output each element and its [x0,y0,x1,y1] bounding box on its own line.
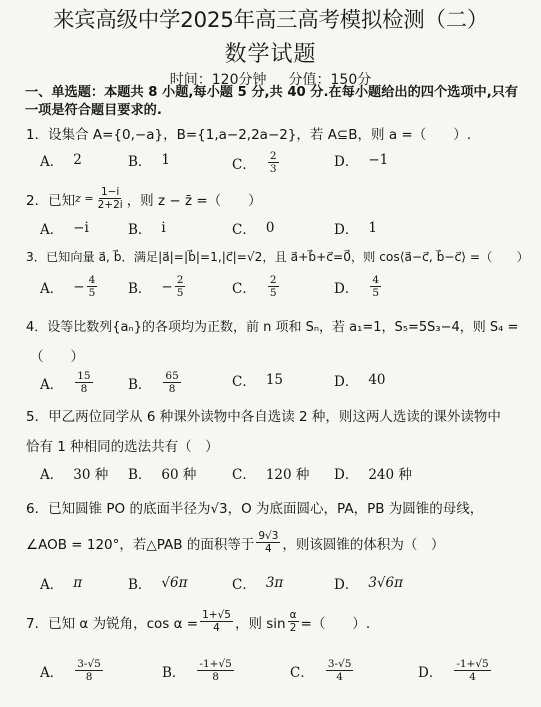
option-b: B．60 种 [128,463,196,483]
option-c: C．120 种 [232,463,309,483]
option-b: B．√6π [128,573,188,593]
numerator: 1+√5 [200,609,233,622]
question-7-options: A．3-√58 B．-1+√58 C．3-√54 D．-1+√54 [0,658,541,688]
denominator: 8 [79,383,90,395]
option-label: B． [128,573,151,593]
question-text: 已知向量 a⃗, b⃗．满足|a⃗|=|b⃗|=1,|c⃗|=√2，且 a⃗+b… [46,250,529,264]
question-text: ∠AOB = 120°，若△PAB 的面积等于 [26,533,254,553]
fraction: 25 [268,274,279,299]
fraction: 45 [87,274,98,299]
option-b: B．-1+√58 [162,658,236,683]
question-text: =（ ）. [301,612,371,632]
option-label: A． [40,463,63,483]
option-c: C．3-√54 [290,658,355,683]
option-label: A． [40,277,63,297]
option-label: D． [334,370,358,390]
fraction: 658 [163,370,180,395]
numerator: 3-√5 [75,658,103,671]
option-label: C． [232,153,256,173]
fraction: 1−i2+2i [96,186,125,211]
option-a: A．30 种 [40,463,108,483]
option-label: D． [334,573,358,593]
numerator: 4 [87,274,98,287]
option-b: B．1 [128,150,170,170]
option-value: 1 [368,220,377,236]
option-label: B． [128,373,151,393]
option-label: B． [162,661,185,681]
option-a: A．π [40,573,82,593]
question-text: ，则 z − z̄ =（ ） [127,189,262,209]
denominator: 2+2i [96,199,125,211]
option-d: D．240 种 [334,463,412,483]
question-5-stem: 5．甲乙两位同学从 6 种课外读物中各自选读 2 种，则这两人选读的课外读物中 [26,405,501,425]
question-text: 已知 [48,189,75,209]
numerator: -1+√5 [454,658,490,671]
denominator: 8 [84,671,95,683]
section-heading: 一、单选题：本题共 8 小题,每小题 5 分,共 40 分.在每小题给出的四个选… [25,84,525,120]
question-text: 甲乙两位同学从 6 种课外读物中各自选读 2 种，则这两人选读的课外读物中 [48,409,501,425]
option-label: D． [334,218,358,238]
question-text: ，则 sin [235,612,286,632]
option-c: C．3π [232,573,283,593]
fraction: 3-√54 [326,658,354,683]
option-value: 30 种 [73,463,108,483]
question-5-stem-line2: 恰有 1 种相同的选法共有（ ） [26,435,219,455]
option-label: B． [128,218,151,238]
option-value: −1 [368,152,388,168]
question-5-options: A．30 种 B．60 种 C．120 种 D．240 种 [0,463,541,493]
numerator: 15 [75,370,92,383]
option-label: C． [290,661,314,681]
option-b: B．658 [128,370,183,395]
option-value: 120 种 [266,463,310,483]
denominator: 4 [467,671,478,683]
question-4-options: A．158 B．658 C．15 D．40 [0,370,541,400]
fraction: 25 [175,274,186,299]
question-number: 6． [26,501,48,517]
question-text: 已知 α 为锐角，cos α = [48,612,198,632]
option-label: C． [232,573,256,593]
denominator: 8 [167,383,178,395]
option-c: C．15 [232,370,283,390]
question-4-stem-line2: （ ） [30,345,84,365]
numerator: -1+√5 [197,658,233,671]
numerator: 2 [268,150,279,163]
option-label: D． [334,150,358,170]
question-text: 设等比数列{aₙ}的各项均为正数，前 n 项和 Sₙ，若 a₁=1，S₅=5S₃… [47,320,518,335]
option-c: C．23 [232,150,281,175]
denominator: 4 [211,622,222,634]
question-1-options: A．2 B．1 C．23 D．−1 [0,150,541,180]
option-d: D．1 [334,218,377,238]
option-a: A．2 [40,150,82,170]
numerator: 1−i [99,186,121,199]
option-label: A． [40,218,63,238]
option-value: 3√6π [368,575,403,591]
question-text: ，则该圆锥的体积为（ ） [282,533,444,553]
option-d: D．45 [334,274,383,299]
fraction: 23 [268,150,279,175]
fraction: α2 [288,609,299,634]
question-text: 设集合 A={0,−a}，B={1,a−2,2a−2}，若 A⊆B，则 a =（… [48,127,471,143]
sign: − [161,279,172,295]
fraction: 45 [370,274,381,299]
denominator: 5 [268,287,279,299]
fraction: 1+√54 [200,609,233,634]
option-c: C．0 [232,218,274,238]
option-value: 60 种 [161,463,196,483]
option-value: 240 种 [368,463,412,483]
exam-page: 来宾高级中学2025年高三高考模拟检测（二） 数学试题 时间：120分钟分值：1… [0,0,541,707]
question-6-stem-line2: ∠AOB = 120°，若△PAB 的面积等于9√34，则该圆锥的体积为（ ） [26,530,444,555]
sign: − [73,279,84,295]
fraction: -1+√54 [454,658,490,683]
exam-subtitle: 数学试题 [0,37,541,68]
fraction: 9√34 [256,530,280,555]
option-a: A．−i [40,218,89,238]
denominator: 8 [210,671,221,683]
question-3-stem: 3．已知向量 a⃗, b⃗．满足|a⃗|=|b⃗|=1,|c⃗|=√2，且 a⃗… [26,248,529,265]
question-number: 2． [26,189,48,209]
exam-title: 来宾高级中学2025年高三高考模拟检测（二） [0,3,541,34]
option-label: A． [40,573,63,593]
option-value: 40 [368,372,385,388]
option-value: π [73,575,82,591]
numerator: 4 [370,274,381,287]
question-number: 3． [26,250,46,264]
option-d: D．-1+√54 [418,658,493,683]
option-value: i [161,220,165,236]
question-6-options: A．π B．√6π C．3π D．3√6π [0,573,541,603]
question-7-stem: 7．已知 α 为锐角，cos α =1+√54，则 sinα2=（ ）. [26,609,370,634]
option-value: √6π [161,575,187,591]
question-number: 5． [26,409,48,425]
denominator: 5 [370,287,381,299]
question-2-stem: 2．已知z =1−i2+2i，则 z − z̄ =（ ） [26,186,262,211]
option-label: D． [418,661,442,681]
question-number: 1． [26,127,48,143]
option-value: 1 [161,152,170,168]
option-value: 15 [266,372,283,388]
option-a: A．−45 [40,274,99,299]
option-d: D．3√6π [334,573,403,593]
option-label: A． [40,373,63,393]
option-value: 0 [266,220,275,236]
question-text: 已知圆锥 PO 的底面半径为√3，O 为底面圆心，PA，PB 为圆锥的母线， [48,501,483,517]
option-label: C． [232,218,256,238]
numerator: 65 [163,370,180,383]
option-label: C． [232,370,256,390]
option-c: C．25 [232,274,281,299]
denominator: 5 [87,287,98,299]
fraction: -1+√58 [197,658,233,683]
option-label: B． [128,463,151,483]
numerator: 2 [175,274,186,287]
option-value: 2 [73,152,82,168]
option-b: B．−25 [128,274,187,299]
option-label: D． [334,277,358,297]
question-6-stem: 6．已知圆锥 PO 的底面半径为√3，O 为底面圆心，PA，PB 为圆锥的母线， [26,497,483,517]
math-var: z = [75,192,94,205]
option-label: C． [232,277,256,297]
option-value: 3π [266,575,283,591]
denominator: 5 [175,287,186,299]
option-label: A． [40,661,63,681]
fraction: 3-√58 [75,658,103,683]
question-4-stem: 4．设等比数列{aₙ}的各项均为正数，前 n 项和 Sₙ，若 a₁=1，S₅=5… [26,316,518,335]
denominator: 2 [288,622,299,634]
question-number: 4． [26,320,47,335]
question-number: 7． [26,612,48,632]
question-1-stem: 1．设集合 A={0,−a}，B={1,a−2,2a−2}，若 A⊆B，则 a … [26,123,471,143]
option-value: −i [73,220,89,236]
numerator: 2 [268,274,279,287]
option-b: B．i [128,218,166,238]
numerator: α [288,609,299,622]
option-label: D． [334,463,358,483]
option-d: D．40 [334,370,386,390]
option-a: A．3-√58 [40,658,105,683]
option-label: C． [232,463,256,483]
option-label: B． [128,150,151,170]
numerator: 9√3 [256,530,280,543]
option-label: B． [128,277,151,297]
option-d: D．−1 [334,150,388,170]
denominator: 3 [268,163,279,175]
denominator: 4 [334,671,345,683]
option-label: A． [40,150,63,170]
denominator: 4 [263,543,274,555]
fraction: 158 [75,370,92,395]
option-a: A．158 [40,370,95,395]
numerator: 3-√5 [326,658,354,671]
question-3-options: A．−45 B．−25 C．25 D．45 [0,274,541,304]
question-2-options: A．−i B．i C．0 D．1 [0,218,541,248]
